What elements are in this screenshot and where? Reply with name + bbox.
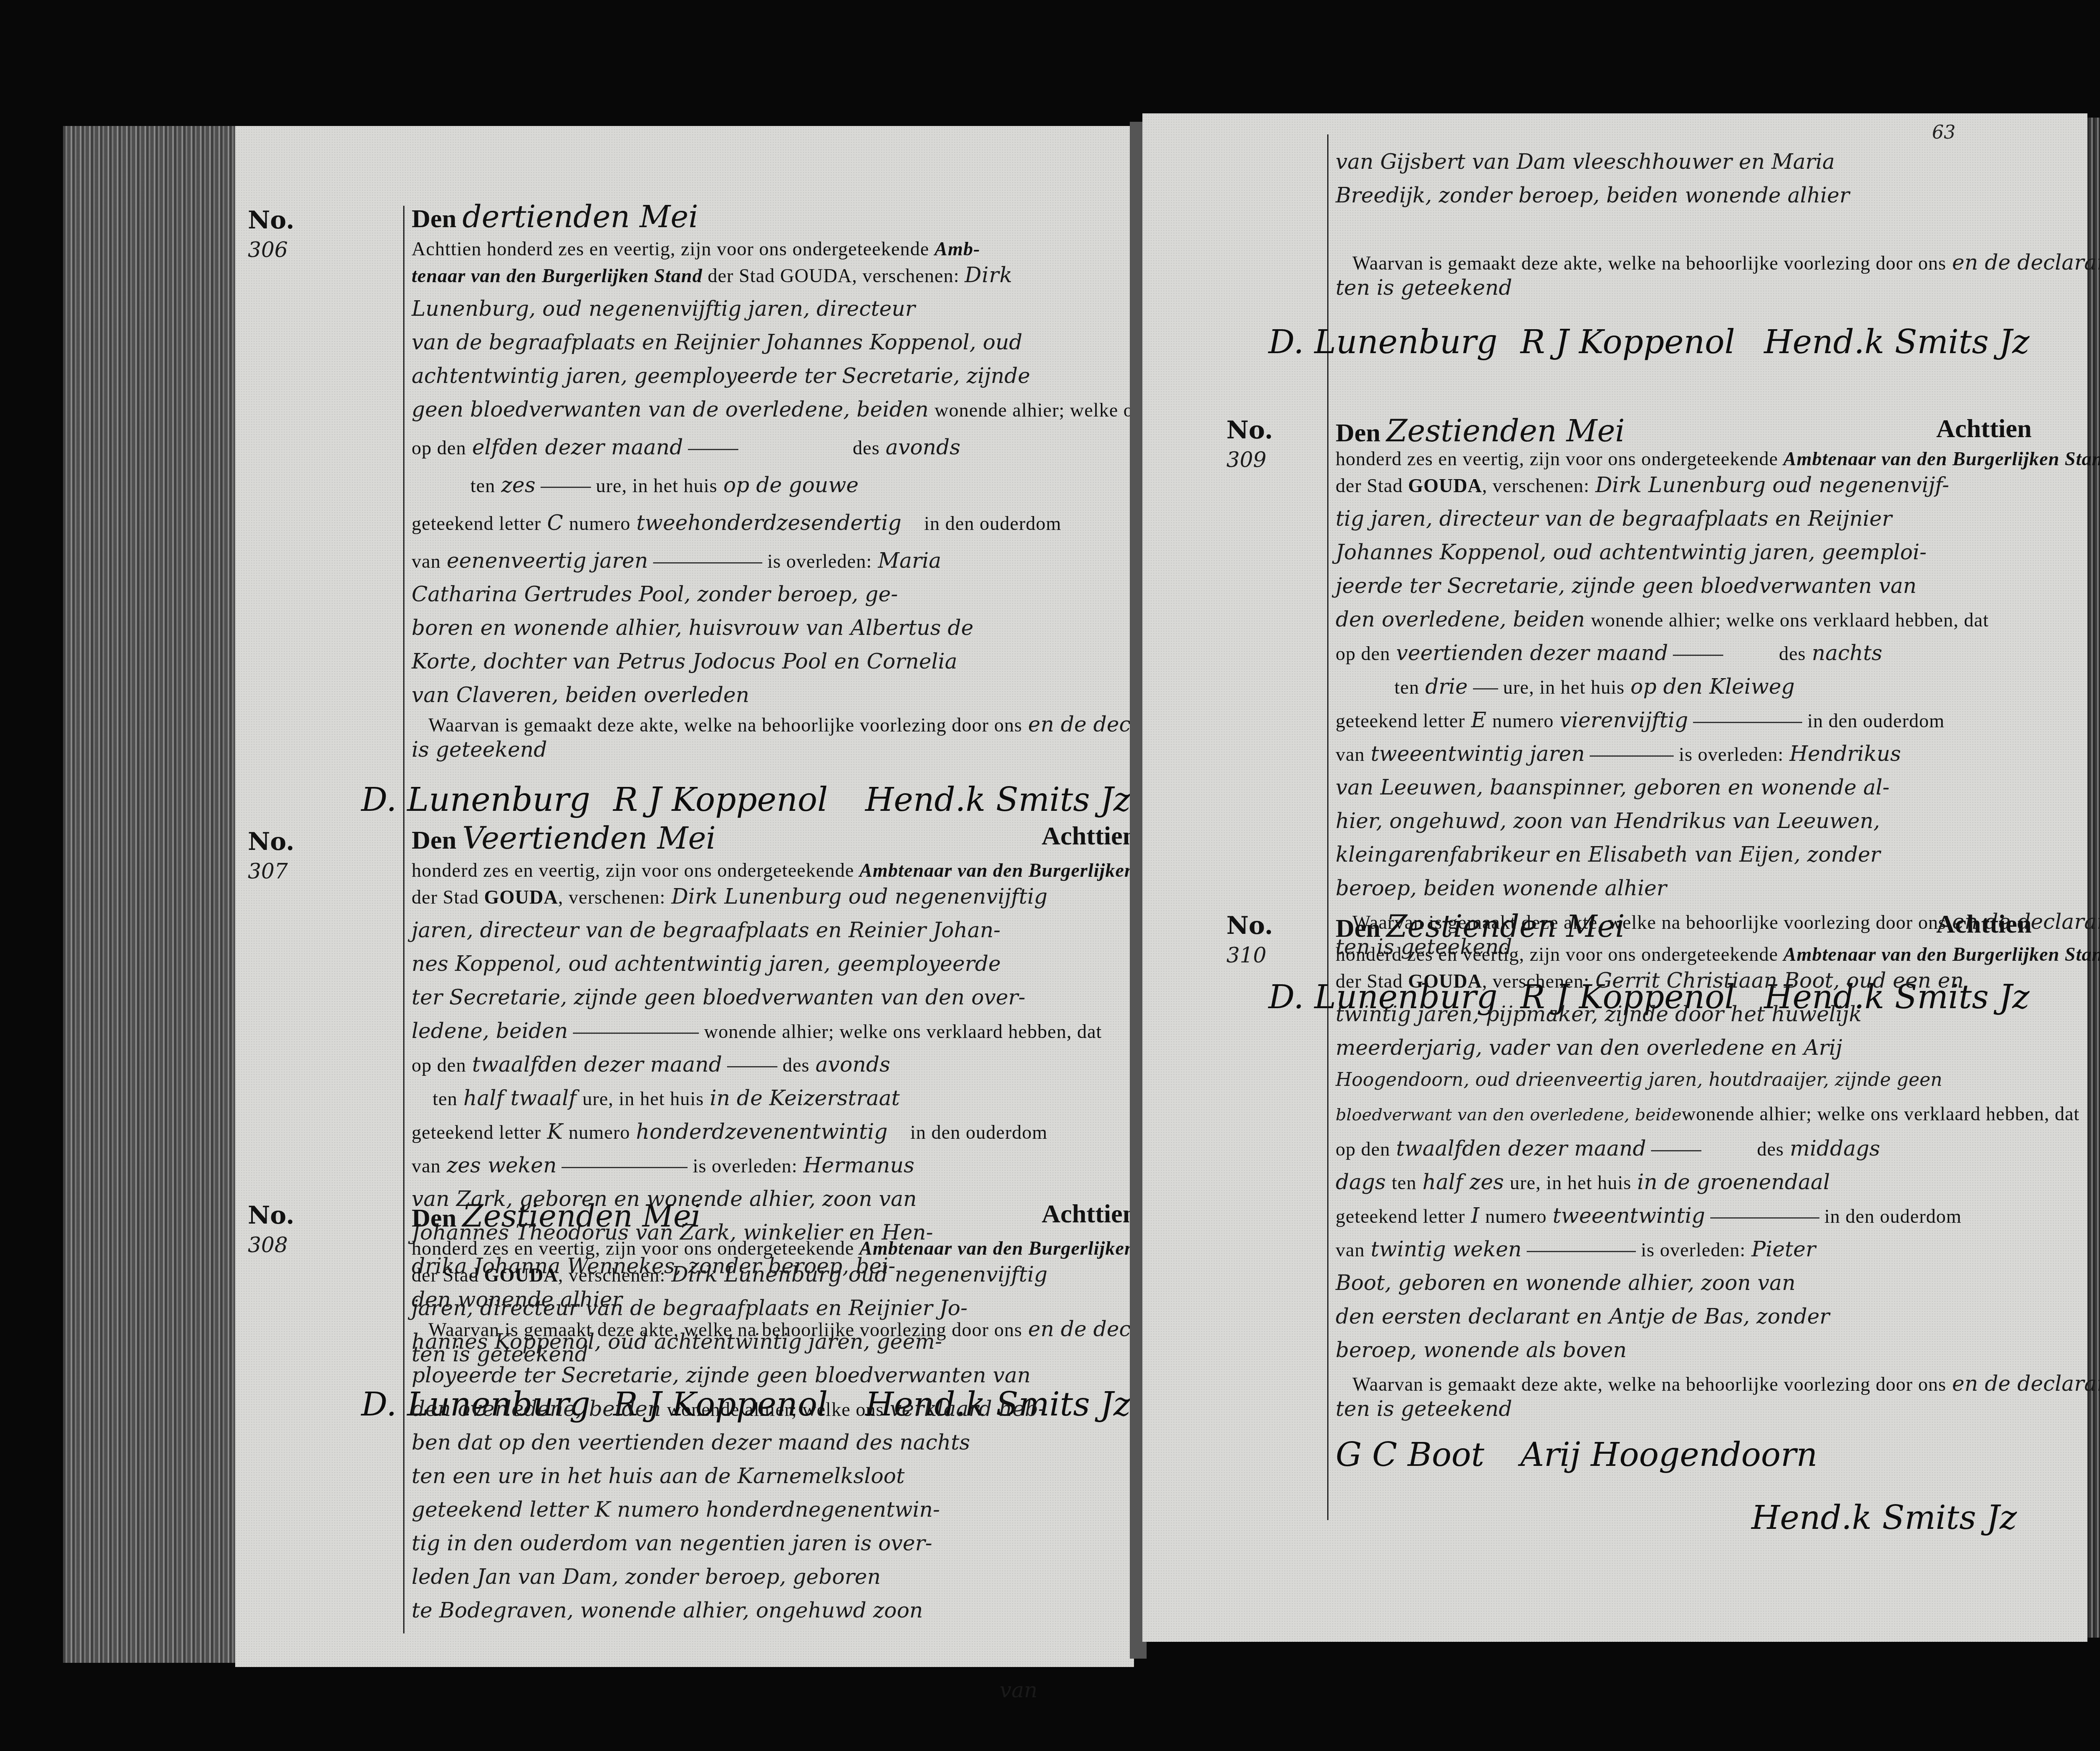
hand-line: Breedijk, zonder beroep, beiden wonende … <box>1336 185 1850 206</box>
hand-line: tig in den ouderdom van negentien jaren … <box>412 1533 932 1554</box>
hand-line: boren en wonende alhier, huisvrouw van A… <box>412 617 974 638</box>
signature-koppenol: R J Koppenol <box>1520 323 1735 361</box>
right-page: 63 van Gijsbert van Dam vleeschhouwer en… <box>1142 113 2087 1642</box>
hand-line: ten is geteekend <box>1336 277 1512 298</box>
hand-line: is geteekend <box>412 739 547 760</box>
deceased-name: Maria <box>878 548 941 573</box>
printed-intro-a: Achttien honderd zes en veertig, zijn vo… <box>412 239 980 259</box>
age: zes weken <box>446 1153 556 1177</box>
page-number: 63 <box>1932 122 1956 143</box>
signature-smits: Hend.k Smits Jz <box>865 781 1131 819</box>
date-of-death: twaalfden dezer maand <box>472 1052 722 1077</box>
hand-line: Lunenburg, oud negenenvijftig jaren, dir… <box>412 298 915 319</box>
hand-line: ten is geteekend <box>1336 1398 1512 1419</box>
date-handwritten: Zestienden Mei <box>1386 909 1625 944</box>
date-handwritten: Zestienden Mei <box>1386 413 1625 448</box>
left-page: No. 306 Den dertienden Mei Achttien hond… <box>235 126 1134 1667</box>
place-of-death: op de gouwe <box>723 473 858 497</box>
hand-line: geen bloedverwanten van de overledene, b… <box>412 397 929 422</box>
hand-line: nes Koppenol, oud achtentwintig jaren, g… <box>412 953 1001 974</box>
hand-line: ten een ure in het huis aan de Karnemelk… <box>412 1465 905 1486</box>
signature-lunenburg: D. Lunenburg <box>361 781 590 819</box>
hand-line: van Claveren, beiden overleden <box>412 684 749 705</box>
hand-line: Catharina Gertrudes Pool, zonder beroep,… <box>412 584 898 605</box>
hand-line: van Gijsbert van Dam vleeschhouwer en Ma… <box>1336 151 1835 172</box>
hand-line: Korte, dochter van Petrus Jodocus Pool e… <box>412 651 957 672</box>
hand-line: achtentwintig jaren, geemployeerde ter S… <box>412 365 1030 386</box>
deceased-name: Pieter <box>1751 1237 1816 1261</box>
hand-line: Hoogendoorn, oud drieenveertig jaren, ho… <box>1336 1071 1942 1089</box>
hand-line: jaren, directeur van de begraafplaats en… <box>412 1298 968 1318</box>
hand-line: van Leeuwen, baanspinner, geboren en won… <box>1336 777 1890 798</box>
hand-line: ben dat op den veertienden dezer maand d… <box>412 1432 970 1453</box>
book-page-edges-left <box>63 126 239 1663</box>
hand-line: jaren, directeur van de begraafplaats en… <box>412 920 1000 941</box>
time-of-death: zes <box>501 473 535 497</box>
hand-line: den eersten declarant en Antje de Bas, z… <box>1336 1306 1830 1327</box>
hand-line: tig jaren, directeur van de begraafplaat… <box>1336 508 1892 529</box>
record-number: No. 308 <box>248 1201 294 1258</box>
date-handwritten: dertienden Mei <box>462 199 698 234</box>
signature-boot: G C Boot <box>1336 1436 1484 1474</box>
hand-line: hier, ongehuwd, zoon van Hendrikus van L… <box>1336 810 1880 831</box>
den-label: Den <box>412 204 457 233</box>
time-of-death: half zes <box>1423 1170 1504 1194</box>
record-number: No. 310 <box>1226 911 1273 968</box>
hand-line: beroep, beiden wonende alhier <box>1336 878 1667 899</box>
date-of-death: twaalfden dezer maand <box>1396 1136 1646 1161</box>
place-of-death: in de groenendaal <box>1637 1170 1830 1194</box>
hand-line: geteekend letter K numero honderdnegenen… <box>412 1499 940 1520</box>
hand-line: meerderjarig, vader van den overledene e… <box>1336 1037 1842 1058</box>
signature-smits: Hend.k Smits Jz <box>1764 323 2029 361</box>
hand-line: hannes Koppenol, oud achtentwintig jaren… <box>412 1331 942 1352</box>
signature-smits: Hend.k Smits Jz <box>1751 1499 2017 1537</box>
hand-line: beroep, wonende als boven <box>1336 1339 1627 1360</box>
place-of-death: in de Keizerstraat <box>710 1086 900 1110</box>
date-of-death: elfden dezer maand <box>472 435 683 459</box>
hand-line: ter Secretarie, zijnde geen bloedverwant… <box>412 987 1025 1008</box>
hand-line: leden Jan van Dam, zonder beroep, gebore… <box>412 1566 881 1587</box>
catchword: van <box>1000 1680 1037 1701</box>
hand-line: jeerde ter Secretarie, zijnde geen bloed… <box>1336 575 1916 596</box>
age: twintig weken <box>1370 1237 1522 1261</box>
record-number: No. 307 <box>248 827 294 884</box>
signature-lunenburg: D. Lunenburg <box>1268 323 1497 361</box>
printed-intro-c: tenaar van den Burgerlijken Stand der St… <box>412 265 1013 286</box>
place-of-death: op den Kleiweg <box>1630 674 1795 699</box>
hand-line: van de begraafplaats en Reijnier Johanne… <box>412 332 1022 353</box>
date-handwritten: Zestienden Mei <box>462 1198 701 1234</box>
deceased-name: Hermanus <box>803 1153 914 1177</box>
signature-koppenol: R J Koppenol <box>613 781 828 819</box>
hand-line: ployeerde ter Secretarie, zijnde geen bl… <box>412 1365 1031 1386</box>
deceased-name: Hendrikus <box>1790 742 1901 766</box>
hand-line: te Bodegraven, wonende alhier, ongehuwd … <box>412 1600 923 1621</box>
time-of-death: drie <box>1425 674 1468 699</box>
hand-line: kleingarenfabrikeur en Elisabeth van Eij… <box>1336 844 1880 865</box>
hand-line: Boot, geboren en wonende alhier, zoon va… <box>1336 1272 1795 1293</box>
date-of-death: veertienden dezer maand <box>1396 641 1668 665</box>
age: eenenveertig jaren <box>446 548 648 573</box>
time-of-death: half twaalf <box>463 1086 576 1110</box>
record-number: No. 309 <box>1226 416 1273 473</box>
age: tweeentwintig jaren <box>1370 742 1585 766</box>
hand-line: twintig jaren, pijpmaker, zijnde door he… <box>1336 1004 1862 1025</box>
date-handwritten: Veertienden Mei <box>462 820 716 856</box>
hand-line: Johannes Koppenol, oud achtentwintig jar… <box>1336 542 1927 563</box>
signature-hoogendoorn: Arij Hoogendoorn <box>1520 1436 1817 1474</box>
record-number: No. 306 <box>248 206 294 263</box>
